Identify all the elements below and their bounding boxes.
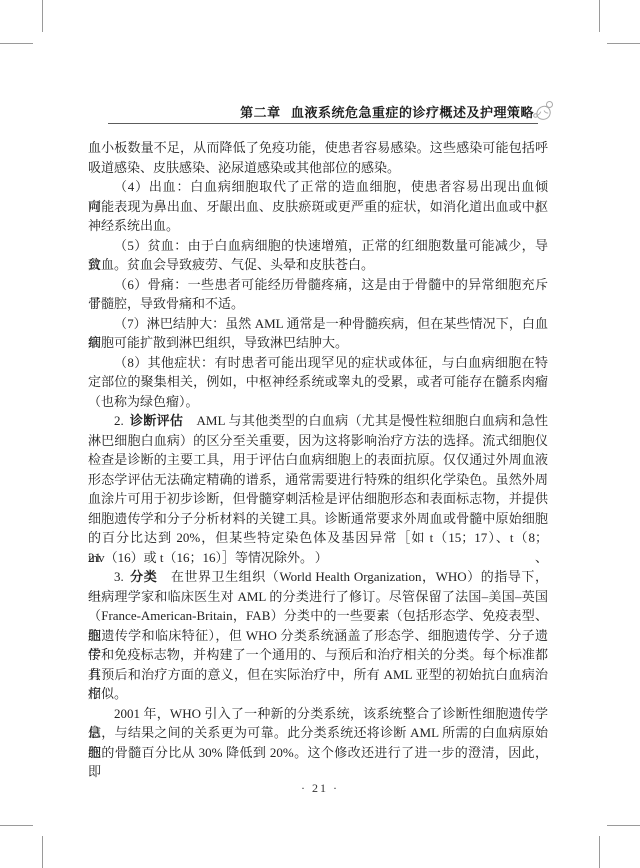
body-line: 学和免疫标志物，并构建了一个通用的、与预后和治疗相关的分类。每个标准都具 (88, 645, 548, 665)
body-line: （6）骨痛：一些患者可能经历骨髓疼痛，这是由于骨髓中的异常细胞充斥了 (88, 275, 548, 295)
page-number: · 21 · (0, 781, 640, 796)
body-line: 的百分比达到 20%，但某些特定染色体及基因异常［如 t（15；17）、t（8；… (88, 528, 548, 548)
crop-mark (607, 43, 640, 44)
body-line: 2001 年，WHO 引入了一种新的分类系统，该系统整合了诊断性细胞遗传学信 (88, 704, 548, 724)
chapter-title: 血液系统危急重症的诊疗概述及护理策略 (291, 105, 534, 120)
body-line: 细胞可能扩散到淋巴组织，导致淋巴结肿大。 (88, 333, 548, 353)
crop-mark (599, 0, 600, 32)
crop-mark (599, 836, 600, 868)
body-line: 贫血。贫血会导致疲劳、气促、头晕和皮肤苍白。 (88, 255, 548, 275)
header-rule (108, 123, 538, 124)
body-line: 胞的骨髓百分比从 30% 降低到 20%。这个修改还进行了进一步的澄清，因此，即 (88, 743, 548, 763)
body-line: （8）其他症状：有时患者可能出现罕见的症状或体征，与白血病细胞在特 (88, 353, 548, 373)
body-line: 形态学评估无法确定精确的谱系，通常需要进行特殊的组织化学染色。虽然外周 (88, 470, 548, 490)
document-page: 第二章血液系统危急重症的诊疗概述及护理策略 血小板数量不足，从而降低了免疫功能，… (0, 0, 640, 868)
body-line: 有预后和治疗方面的意义，但在实际治疗中，所有 AML 亚型的初始抗白血病治疗 (88, 665, 548, 685)
body-line: （France-American-Britain，FAB）分类中的一些要素（包括… (88, 606, 548, 626)
body-line: 淋巴细胞白血病）的区分至关重要，因为这将影响治疗方法的选择。流式细胞仪 (88, 431, 548, 451)
body-line: 神经系统出血。 (88, 216, 548, 236)
crop-mark (607, 825, 640, 826)
chapter-label: 第二章 (240, 105, 281, 120)
crop-mark (0, 825, 33, 826)
doctor-doodle-icon (531, 97, 558, 124)
body-line: （4）出血：白血病细胞取代了正常的造血细胞，使患者容易出现出血倾向。 (88, 177, 548, 197)
body-line: 细胞遗传学和分子分析材料的关键工具。诊断通常要求外周血或骨髓中原始细胞 (88, 509, 548, 529)
body-line: 吸道感染、皮肤感染、泌尿道感染或其他部位的感染。 (88, 158, 548, 178)
body-line: 息，与结果之间的关系更为可靠。此分类系统还将诊断 AML 所需的白血病原始细 (88, 723, 548, 743)
body-line: 血小板数量不足，从而降低了免疫功能，使患者容易感染。这些感染可能包括呼 (88, 138, 548, 158)
body-line: 定部位的聚集相关，例如，中枢神经系统或睾丸的受累，或者可能存在髓系肉瘤 (88, 372, 548, 392)
crop-mark (42, 0, 43, 32)
body-text: 血小板数量不足，从而降低了免疫功能，使患者容易感染。这些感染可能包括呼吸道感染、… (88, 138, 548, 762)
body-line: （也称为绿色瘤）。 (88, 392, 548, 412)
body-line: （7）淋巴结肿大：虽然 AML 通常是一种骨髓疾病，但在某些情况下，白血病 (88, 314, 548, 334)
body-line: 胞遗传学和临床特征），但 WHO 分类系统涵盖了形态学、细胞遗传学、分子遗传 (88, 626, 548, 646)
body-line: 组病理学家和临床医生对 AML 的分类进行了修订。尽管保留了法国–美国–英国 (88, 587, 548, 607)
body-line: 血涂片可用于初步诊断，但骨髓穿刺活检是评估细胞形态和表面标志物，并提供 (88, 489, 548, 509)
body-line: 2.诊断评估 AML 与其他类型的白血病（尤其是慢性粒细胞白血病和急性 (88, 411, 548, 431)
body-line: 可能表现为鼻出血、牙龈出血、皮肤瘀斑或更严重的症状，如消化道出血或中枢 (88, 197, 548, 217)
body-line: （5）贫血：由于白血病细胞的快速增殖，正常的红细胞数量可能减少，导致 (88, 236, 548, 256)
body-line: 相似。 (88, 684, 548, 704)
crop-mark (42, 836, 43, 868)
body-line: 检查是诊断的主要工具，用于评估白血病细胞上的表面抗原。仅仅通过外周血液 (88, 450, 548, 470)
body-line: 3.分类 在世界卫生组织（World Health Organization，W… (88, 567, 548, 587)
body-line: 骨髓腔，导致骨痛和不适。 (88, 294, 548, 314)
crop-mark (0, 43, 33, 44)
running-head: 第二章血液系统危急重症的诊疗概述及护理策略 (240, 102, 534, 121)
